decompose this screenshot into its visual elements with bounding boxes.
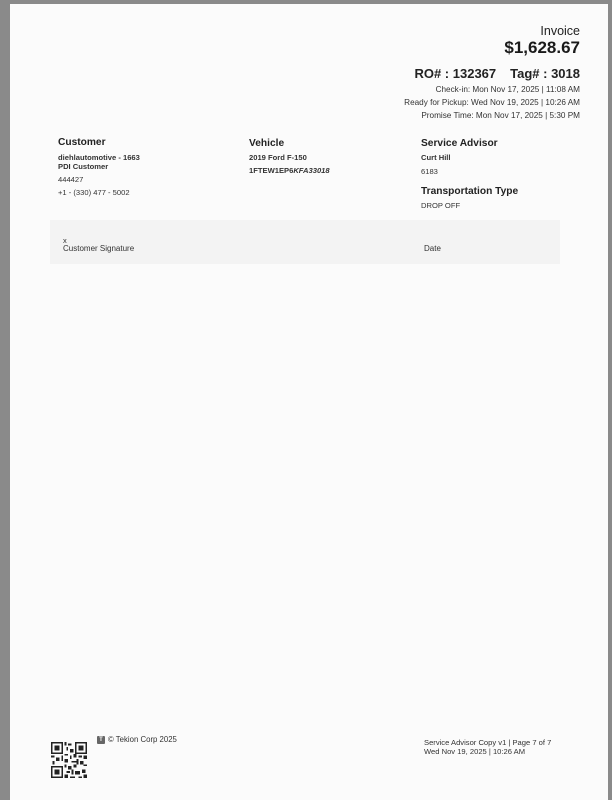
copy-page-info: Service Advisor Copy v1 | Page 7 of 7 xyxy=(424,738,551,747)
vehicle-vin: 1FTEW1EP6KFA33018 xyxy=(249,166,330,175)
invoice-page: Invoice $1,628.67 RO# : 132367Tag# : 301… xyxy=(10,4,608,800)
ro-number: RO# : 132367 xyxy=(414,66,496,81)
vin-suffix: KFA33018 xyxy=(293,166,329,175)
vehicle-description: 2019 Ford F-150 xyxy=(249,153,307,162)
customer-signature-label: Customer Signature xyxy=(63,244,134,253)
customer-phone: +1 - (330) 477 - 5002 xyxy=(58,188,130,197)
ready-for-pickup-time: Ready for Pickup: Wed Nov 19, 2025 | 10:… xyxy=(404,98,580,107)
transportation-title: Transportation Type xyxy=(421,186,518,197)
vin-prefix: 1FTEW1EP6 xyxy=(249,166,293,175)
signature-band: x Customer Signature Date xyxy=(50,220,560,264)
invoice-total: $1,628.67 xyxy=(504,38,580,58)
customer-title: Customer xyxy=(58,137,106,148)
tag-number: Tag# : 3018 xyxy=(510,66,580,81)
transportation-value: DROP OFF xyxy=(421,201,460,210)
ro-tag-line: RO# : 132367Tag# : 3018 xyxy=(414,66,580,81)
service-advisor-id: 6183 xyxy=(421,167,438,176)
qr-code-icon xyxy=(51,742,87,778)
promise-time: Promise Time: Mon Nov 17, 2025 | 5:30 PM xyxy=(421,111,580,120)
customer-number: 444427 xyxy=(58,175,83,184)
printed-timestamp: Wed Nov 19, 2025 | 10:26 AM xyxy=(424,747,525,756)
vehicle-title: Vehicle xyxy=(249,138,284,149)
check-in-time: Check-in: Mon Nov 17, 2025 | 11:08 AM xyxy=(436,85,580,94)
service-advisor-title: Service Advisor xyxy=(421,138,498,149)
tekion-logo-icon: T xyxy=(97,736,105,744)
service-advisor-name: Curt Hill xyxy=(421,153,451,162)
invoice-title: Invoice xyxy=(540,24,580,38)
copyright-text: © Tekion Corp 2025 xyxy=(108,735,177,744)
customer-name: diehlautomotive - 1663 xyxy=(58,153,140,162)
customer-type: PDI Customer xyxy=(58,162,108,171)
date-label: Date xyxy=(424,244,441,253)
footer-brand: T © Tekion Corp 2025 xyxy=(97,735,177,744)
